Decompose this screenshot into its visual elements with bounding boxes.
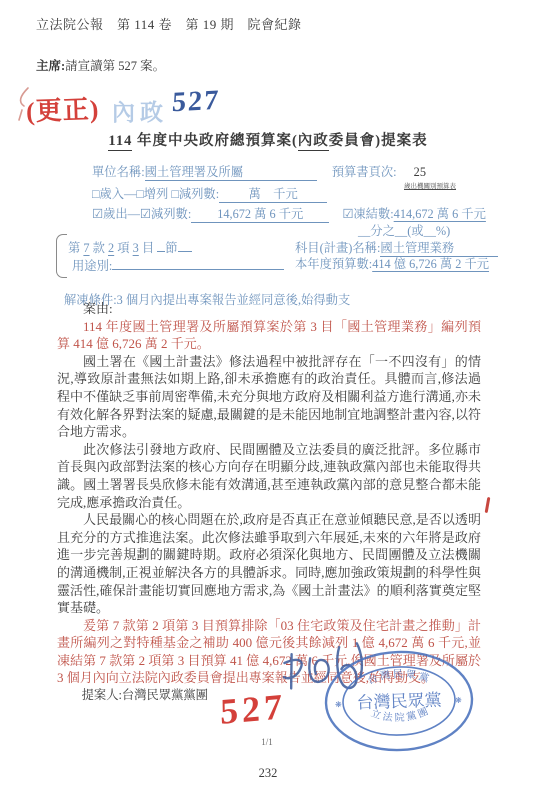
item-mu: 3 — [133, 241, 139, 255]
correction-handwriting: (更正) — [25, 89, 100, 129]
gazette-page: 立法院公報 第 114 卷 第 19 期 院會紀錄 主席:請宣讀第 527 案。… — [0, 0, 536, 800]
usage-label: 用途別: — [72, 259, 112, 273]
unit-name-field: 國土管理署及所屬 — [145, 162, 317, 181]
budget-pageref-value: 25 — [414, 165, 426, 179]
subject-field: 國土管理業務 — [380, 238, 498, 257]
income-row: □歲入—□增列 □減列數:萬 千元 — [92, 184, 327, 203]
income-checkboxes: □歲入—□增列 □減列數: — [92, 187, 219, 201]
case-number-top-handwriting: 527 — [171, 85, 221, 120]
freeze-fraction-row: __分之__(或__%) — [358, 221, 450, 239]
chair-text: 請宣讀第 527 案。 — [65, 59, 165, 73]
budget-item-row: 第 7 款 2 項 3 目 節 — [68, 238, 192, 256]
case-paragraph: 114 年度國土管理署及所屬預算案於第 3 目「國土管理業務」編列預算 414 … — [57, 318, 481, 353]
year-budget-field: 414 億 6,726 萬 2 千元 — [372, 257, 489, 271]
year-budget-label: 本年度預算數: — [295, 257, 372, 271]
ministry-stamp: 內政 — [112, 94, 168, 127]
budget-pageref-label: 預算書頁次: — [332, 165, 397, 179]
gazette-header: 立法院公報 第 114 卷 第 19 期 院會紀錄 — [36, 14, 302, 33]
expense-amount-field: 14,672 萬 6 千元 — [191, 204, 329, 223]
year-budget-row: 本年度預算數:414 億 6,726 萬 2 千元 — [295, 256, 527, 273]
red-margin-tick — [485, 497, 491, 513]
form-title: 114 年度中央政府總預算案(內政委員會)提案表 — [0, 129, 536, 150]
freeze-amount-field: 414,672 萬 6 千元 — [394, 207, 486, 221]
sheet-indicator: 1/1 — [245, 737, 289, 747]
stamp-center-text: 台灣民眾黨 — [356, 691, 442, 713]
chair-label: 主席: — [36, 59, 65, 73]
party-stamp: 台 灣 民 眾 黨 立 法 院 黨 團 台灣民眾黨 ❋ ❋ — [321, 645, 477, 756]
stamp-ornament-left: ❋ — [335, 700, 342, 709]
subject-row: 科目(計畫)名稱:國土管理業務 — [295, 238, 498, 257]
page-number: 232 — [0, 766, 536, 781]
chair-line: 主席:請宣讀第 527 案。 — [36, 56, 165, 74]
case-heading: 案由: — [57, 300, 481, 318]
stamp-ornament-right: ❋ — [455, 696, 462, 705]
form-title-committee: 內政 — [298, 133, 329, 151]
expense-checkboxes: ☑歲出—☑減列數: — [92, 207, 191, 221]
item-kuan: 7 — [83, 241, 89, 255]
case-paragraph: 此次修法引發地方政府、民間團體及立法委員的廣泛批評。多位縣市首長與內政部對法案的… — [57, 441, 481, 511]
income-amount-field: 萬 千元 — [219, 184, 327, 203]
case-paragraph: 人民最關心的核心問題在於,政府是否真正在意並傾聽民意,是否以透明且充分的方式推進… — [57, 511, 481, 617]
unit-name-row: 單位名稱:國土管理署及所屬 預算書頁次: 25 — [92, 162, 426, 181]
unit-name-label: 單位名稱: — [92, 165, 145, 179]
hand-bracket — [56, 234, 67, 278]
subject-label: 科目(計畫)名稱: — [295, 241, 380, 255]
usage-row: 用途別: — [72, 256, 284, 274]
freeze-checkbox-label: ☑凍結數: — [342, 207, 393, 221]
case-paragraph: 國土署在《國土計畫法》修法過程中被批評存在「一不四沒有」的情況,導致原計畫無法如… — [57, 353, 481, 441]
form-title-year: 114 — [108, 133, 132, 151]
budget-table-note: 歲出機關別預算表 — [404, 181, 456, 190]
case-number-bottom-handwriting: 527 — [220, 685, 286, 733]
item-xiang: 2 — [108, 241, 114, 255]
